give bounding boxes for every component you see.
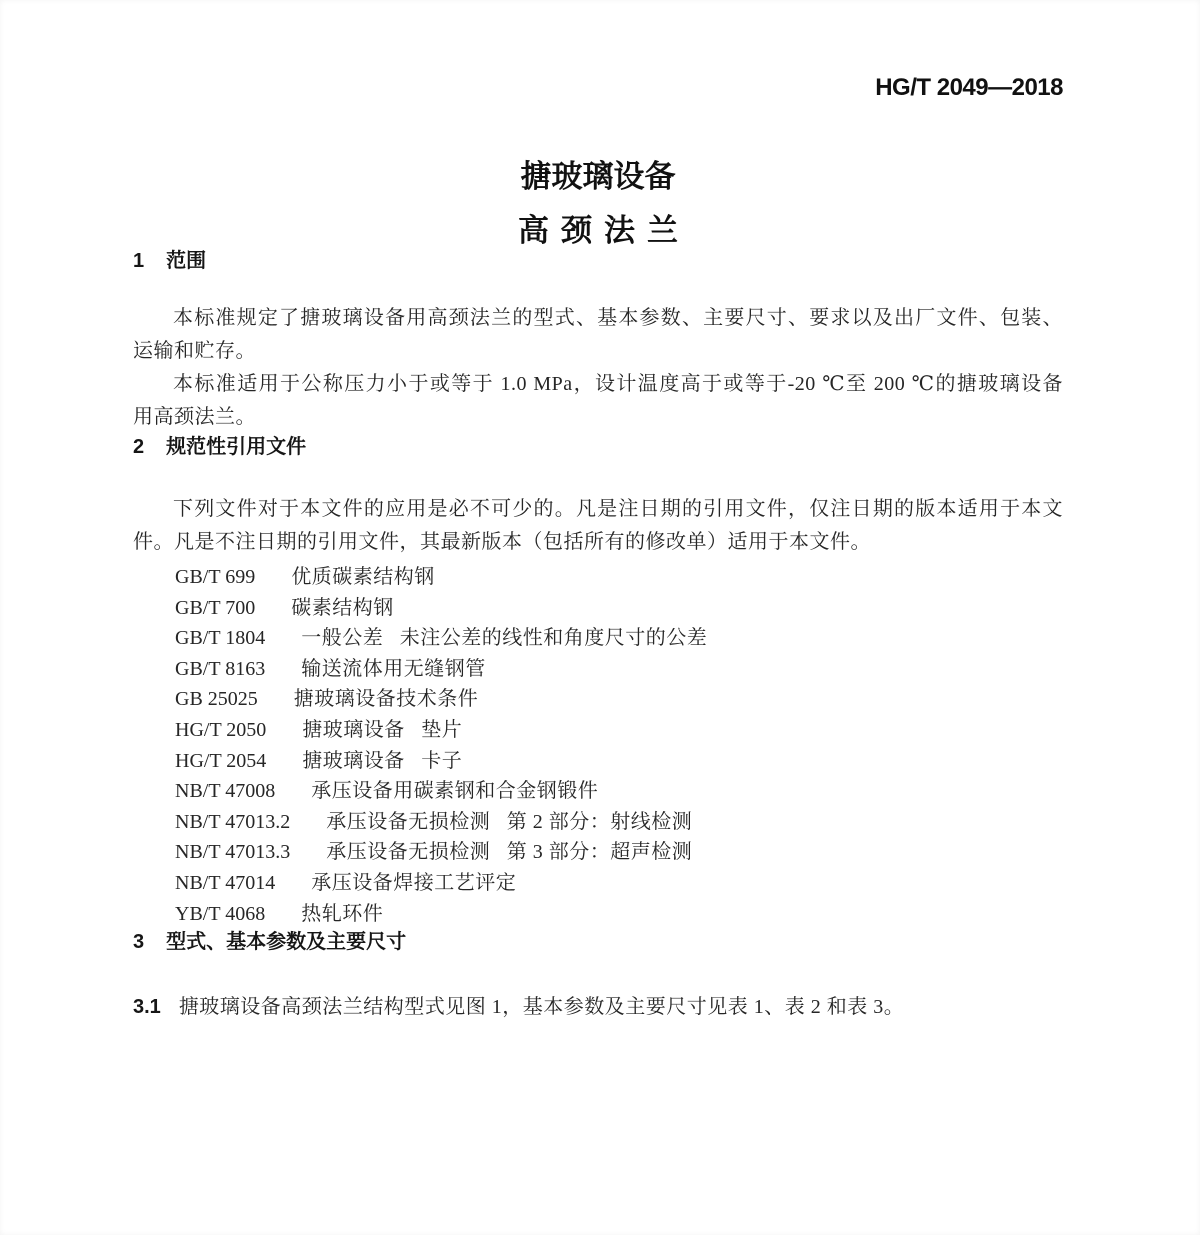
paragraph-line: 件。凡是不注日期的引用文件，其最新版本（包括所有的修改单）适用于本文件。 (133, 526, 1063, 559)
reference-item: NB/T 47014承压设备焊接工艺评定 (175, 868, 1063, 899)
reference-title: 搪玻璃设备 卡子 (302, 746, 462, 777)
reference-title: 一般公差 未注公差的线性和角度尺寸的公差 (301, 623, 707, 654)
reference-code: YB/T 4068 (175, 899, 265, 930)
reference-item: NB/T 47013.3承压设备无损检测 第 3 部分：超声检测 (175, 837, 1063, 868)
reference-title: 碳素结构钢 (291, 593, 394, 624)
reference-title: 搪玻璃设备 垫片 (302, 715, 462, 746)
section-1-number: 1 (133, 248, 144, 274)
reference-code: NB/T 47013.3 (175, 837, 290, 868)
reference-code: NB/T 47014 (175, 868, 275, 899)
reference-item: HG/T 2054搪玻璃设备 卡子 (175, 746, 1063, 777)
section-2-intro: 下列文件对于本文件的应用是必不可少的。凡是注日期的引用文件，仅注日期的版本适用于… (133, 493, 1063, 559)
reference-list: GB/T 699优质碳素结构钢 GB/T 700碳素结构钢 GB/T 1804一… (133, 562, 1063, 929)
paragraph-line: 本标准适用于公称压力小于或等于 1.0 MPa，设计温度高于或等于-20 ℃至 … (133, 368, 1063, 401)
reference-item: HG/T 2050搪玻璃设备 垫片 (175, 715, 1063, 746)
section-2-title: 规范性引用文件 (166, 436, 306, 458)
reference-code: GB/T 8163 (175, 654, 265, 685)
reference-title: 承压设备用碳素钢和合金钢锻件 (311, 776, 598, 807)
section-1-title: 范围 (166, 250, 206, 272)
section-2-heading: 2规范性引用文件 (133, 434, 1063, 460)
clause-3-1: 3.1搪玻璃设备高颈法兰结构型式见图 1，基本参数及主要尺寸见表 1、表 2 和… (133, 991, 1063, 1024)
reference-code: GB 25025 (175, 684, 258, 715)
reference-item: GB/T 699优质碳素结构钢 (175, 562, 1063, 593)
clause-3-1-number: 3.1 (133, 996, 161, 1018)
paragraph-line: 运输和贮存。 (133, 335, 1063, 368)
reference-code: HG/T 2050 (175, 715, 266, 746)
reference-item: GB/T 1804一般公差 未注公差的线性和角度尺寸的公差 (175, 623, 1063, 654)
section-3-heading: 3型式、基本参数及主要尺寸 (133, 929, 1063, 955)
reference-code: NB/T 47013.2 (175, 807, 290, 838)
document-page: HG/T 2049—2018 搪玻璃设备 高颈法兰 1范围 本标准规定了搪玻璃设… (0, 0, 1200, 1235)
page-content: HG/T 2049—2018 搪玻璃设备 高颈法兰 1范围 本标准规定了搪玻璃设… (133, 0, 1063, 1024)
reference-code: GB/T 1804 (175, 623, 265, 654)
reference-item: GB/T 8163输送流体用无缝钢管 (175, 654, 1063, 685)
reference-code: GB/T 699 (175, 562, 255, 593)
reference-item: YB/T 4068热轧环件 (175, 899, 1063, 930)
reference-title: 承压设备焊接工艺评定 (311, 868, 516, 899)
reference-title: 承压设备无损检测 第 2 部分：射线检测 (326, 807, 692, 838)
clause-3-1-text: 搪玻璃设备高颈法兰结构型式见图 1，基本参数及主要尺寸见表 1、表 2 和表 3… (179, 996, 905, 1018)
reference-item: NB/T 47008承压设备用碳素钢和合金钢锻件 (175, 776, 1063, 807)
reference-code: NB/T 47008 (175, 776, 275, 807)
section-3-title: 型式、基本参数及主要尺寸 (166, 931, 406, 953)
reference-item: GB/T 700碳素结构钢 (175, 593, 1063, 624)
document-title-line1: 搪玻璃设备 (133, 160, 1063, 194)
reference-item: GB 25025搪玻璃设备技术条件 (175, 684, 1063, 715)
reference-title: 搪玻璃设备技术条件 (294, 684, 479, 715)
paragraph-line: 下列文件对于本文件的应用是必不可少的。凡是注日期的引用文件，仅注日期的版本适用于… (133, 493, 1063, 526)
reference-title: 优质碳素结构钢 (291, 562, 435, 593)
document-title-line2: 高颈法兰 (133, 214, 1063, 248)
document-title: 搪玻璃设备 高颈法兰 (133, 160, 1063, 248)
section-3-number: 3 (133, 929, 144, 955)
paragraph-line: 本标准规定了搪玻璃设备用高颈法兰的型式、基本参数、主要尺寸、要求以及出厂文件、包… (133, 302, 1063, 335)
reference-item: NB/T 47013.2承压设备无损检测 第 2 部分：射线检测 (175, 807, 1063, 838)
section-1-paragraph-2: 本标准适用于公称压力小于或等于 1.0 MPa，设计温度高于或等于-20 ℃至 … (133, 368, 1063, 434)
reference-title: 承压设备无损检测 第 3 部分：超声检测 (326, 837, 692, 868)
reference-title: 输送流体用无缝钢管 (301, 654, 486, 685)
section-1-paragraph-1: 本标准规定了搪玻璃设备用高颈法兰的型式、基本参数、主要尺寸、要求以及出厂文件、包… (133, 302, 1063, 368)
reference-title: 热轧环件 (301, 899, 383, 930)
section-2-number: 2 (133, 434, 144, 460)
standard-number: HG/T 2049—2018 (133, 74, 1063, 102)
section-1-heading: 1范围 (133, 248, 1063, 274)
reference-code: GB/T 700 (175, 593, 255, 624)
reference-code: HG/T 2054 (175, 746, 266, 777)
paragraph-line: 用高颈法兰。 (133, 401, 1063, 434)
